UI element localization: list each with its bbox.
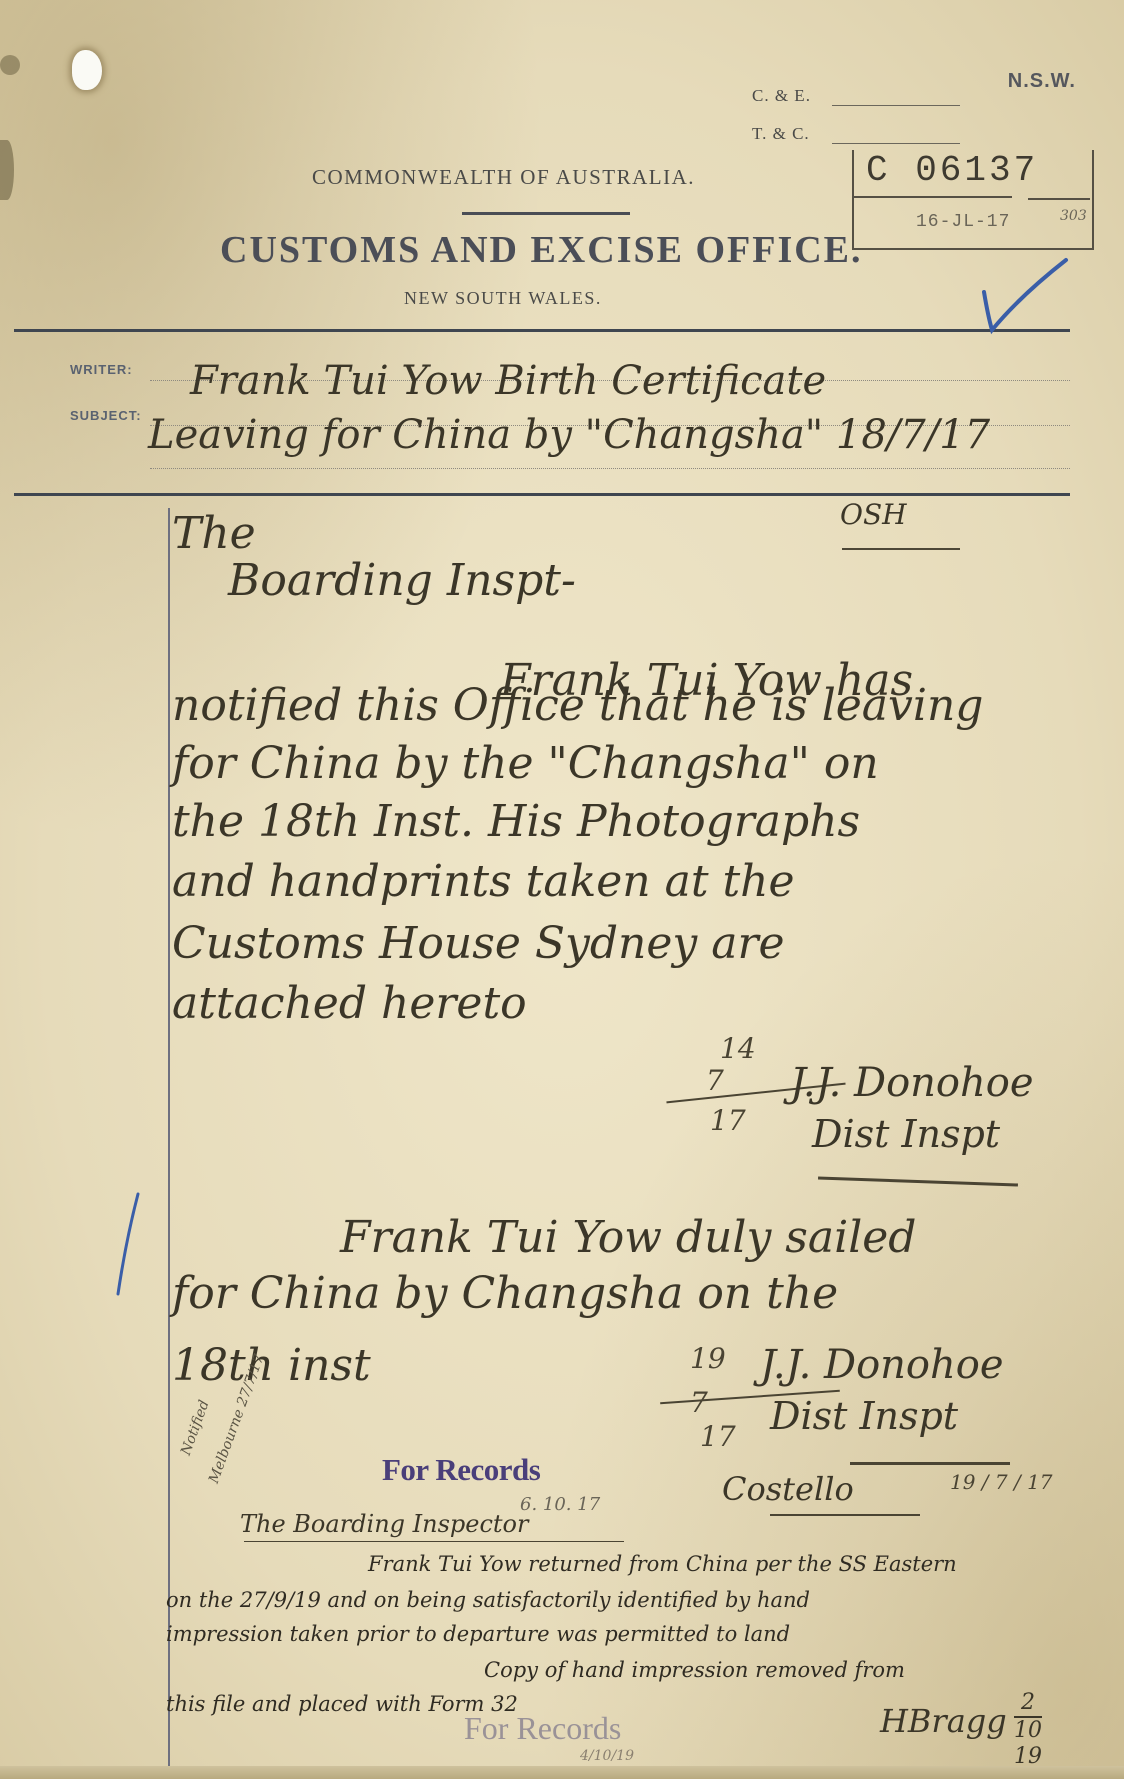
ce-field-line — [832, 105, 960, 106]
minute1-salutation: The — [172, 508, 256, 559]
for-records-date: 4/10/19 — [580, 1748, 634, 1764]
heading-divider — [462, 212, 630, 215]
minute3-date-month: 10 — [1014, 1716, 1042, 1744]
commonwealth-heading: COMMONWEALTH OF AUSTRALIA. — [312, 165, 695, 190]
minute1-addressee: Boarding Inspt- — [228, 555, 576, 606]
ce-label: C. & E. — [752, 86, 811, 106]
edge-stain — [0, 55, 20, 75]
minute3-signature: HBragg — [880, 1702, 1007, 1740]
writer-label: WRITER: — [70, 362, 133, 377]
subject-initials: OSH — [840, 498, 907, 531]
document-page: N.S.W. C. & E. T. & C. COMMONWEALTH OF A… — [0, 0, 1124, 1779]
approval-date: 19 / 7 / 17 — [950, 1470, 1053, 1494]
approval-signature: Costello — [722, 1470, 854, 1508]
minute2-title: Dist Inspt — [770, 1394, 958, 1438]
state-code: N.S.W. — [1008, 70, 1076, 93]
registration-number: C 06137 — [866, 150, 1038, 191]
addressee-underline — [244, 1541, 624, 1542]
for-records-date: 6. 10. 17 — [520, 1494, 600, 1515]
minute2-date-day: 19 — [690, 1342, 726, 1375]
subject-rule — [14, 493, 1070, 496]
subject-line-1: Frank Tui Yow Birth Certificate — [190, 358, 826, 404]
minute1-line: and handprints taken at the — [172, 856, 795, 907]
minute3-addressee: The Boarding Inspector — [240, 1510, 528, 1538]
minute2-line: Frank Tui Yow duly sailed — [340, 1212, 916, 1263]
registration-date: 16-JL-17 — [916, 212, 1010, 232]
minute1-signature: J.J. Donohoe — [790, 1060, 1034, 1106]
blue-check-mark-icon — [980, 256, 1070, 336]
minute1-line: the 18th Inst. His Photographs — [172, 796, 860, 847]
initials-underline — [842, 548, 960, 550]
stamp-divider — [852, 196, 1012, 198]
office-title: CUSTOMS AND EXCISE OFFICE. — [220, 228, 863, 272]
stamp-divider — [1028, 198, 1090, 200]
minute1-line: notified this Office that he is leaving — [172, 680, 983, 731]
region-heading: NEW SOUTH WALES. — [404, 288, 602, 309]
for-records-stamp: For Records — [382, 1452, 540, 1488]
subject-line-2: Leaving for China by "Changsha" 18/7/17 — [148, 412, 990, 458]
minute1-line: attached hereto — [172, 978, 527, 1029]
header-rule — [14, 329, 1070, 332]
minute2-date-month: 7 — [690, 1386, 708, 1419]
minute3-line: Frank Tui Yow returned from China per th… — [368, 1552, 957, 1576]
minute3-line: on the 27/9/19 and on being satisfactori… — [166, 1588, 810, 1612]
minute3-line: Copy of hand impression removed from — [484, 1658, 905, 1682]
page-bottom-edge — [0, 1766, 1124, 1779]
for-records-stamp: For Records — [464, 1710, 621, 1747]
minute2-line: for China by Changsha on the — [172, 1268, 838, 1319]
tc-label: T. & C. — [752, 124, 810, 144]
minute1-date-day: 14 — [720, 1032, 756, 1065]
blue-check-mark-icon — [112, 1190, 142, 1300]
minute2-date-year: 17 — [700, 1420, 736, 1453]
minute3-date-day: 2 — [1014, 1690, 1042, 1716]
margin-note: Notified — [178, 1398, 213, 1457]
subject-field-line — [150, 468, 1070, 469]
minute2-signature: J.J. Donohoe — [760, 1342, 1004, 1388]
tc-field-line — [832, 143, 960, 144]
minute3-line: impression taken prior to departure was … — [166, 1622, 790, 1646]
signature-underline — [850, 1462, 1010, 1465]
subject-label: SUBJECT: — [70, 408, 142, 423]
minute2-line: 18th inst — [172, 1340, 371, 1391]
minute1-date-year: 17 — [710, 1104, 746, 1137]
registration-annotation: 303 — [1060, 208, 1087, 224]
signature-underline — [818, 1177, 1018, 1187]
signature-underline — [770, 1514, 920, 1516]
edge-stain — [0, 140, 14, 200]
punch-hole — [72, 50, 102, 90]
minute1-title: Dist Inspt — [812, 1112, 1000, 1156]
minute1-date-month: 7 — [706, 1064, 724, 1097]
minute3-date: 2 10 19 — [1014, 1690, 1042, 1770]
minute1-line: for China by the "Changsha" on — [172, 738, 879, 789]
minute1-line: Customs House Sydney are — [172, 918, 785, 969]
